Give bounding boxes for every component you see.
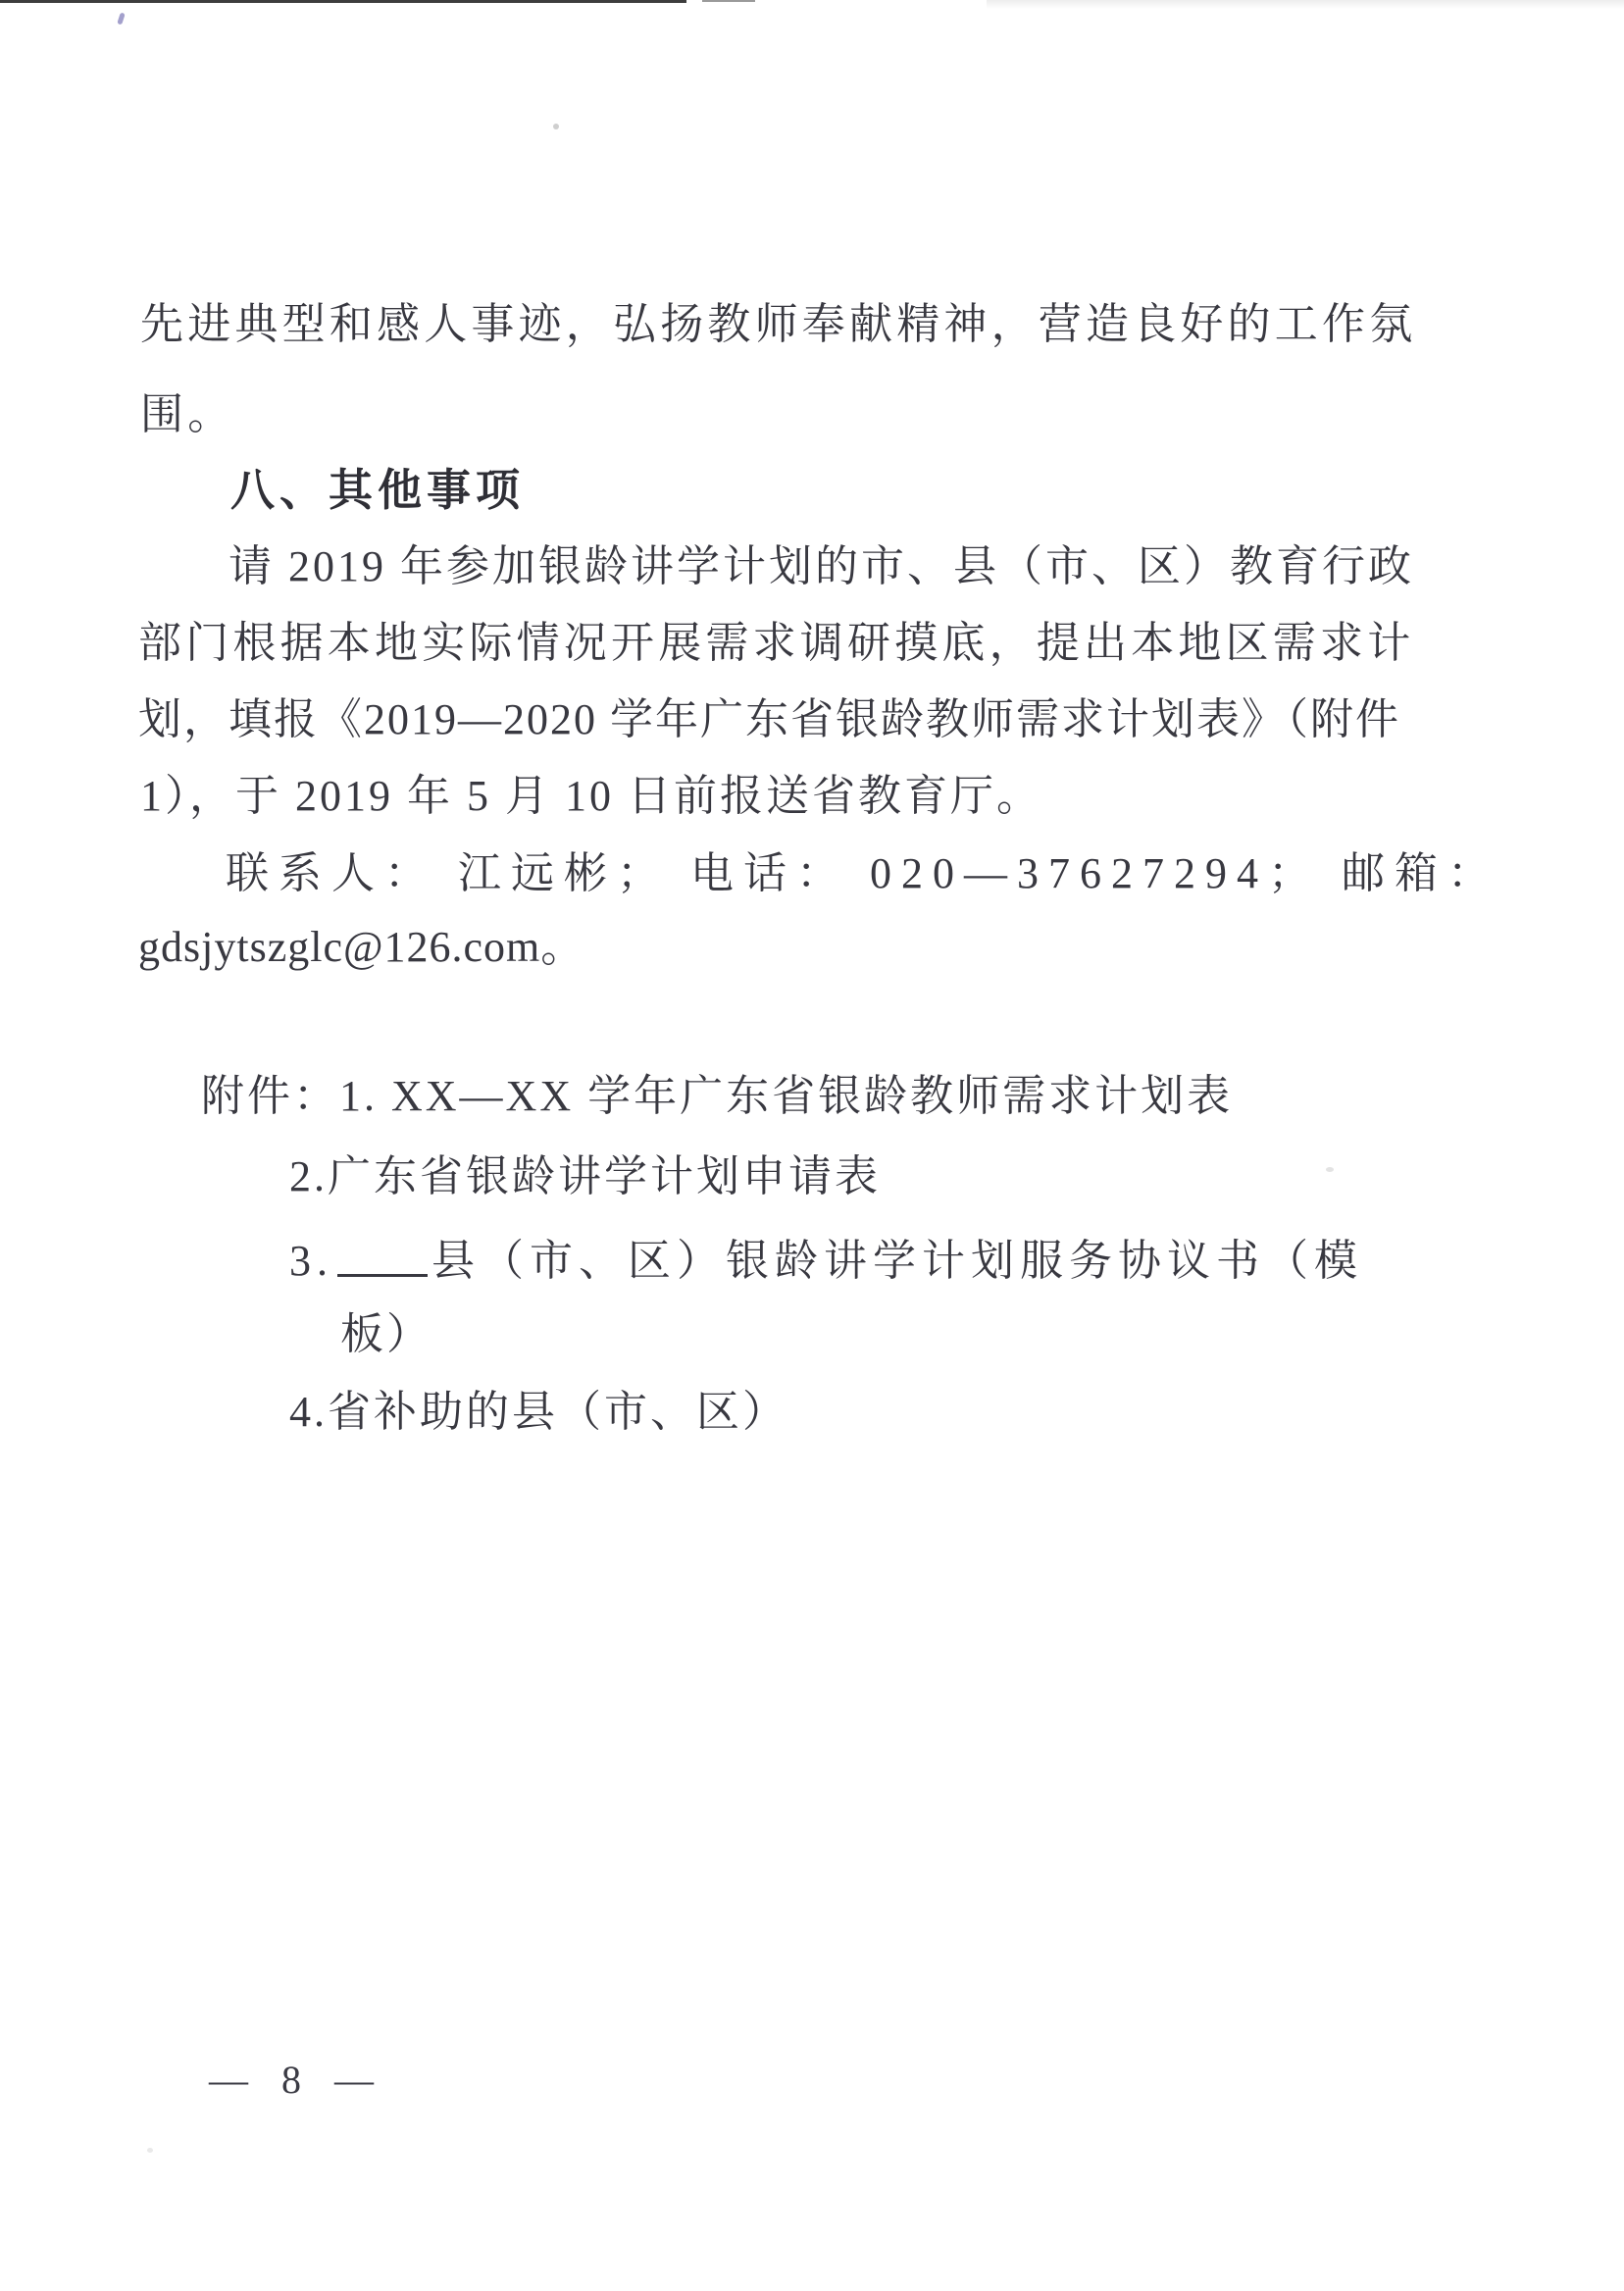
scan-edge-line-short [702, 0, 755, 2]
scan-speck [117, 13, 125, 25]
attachment-item3-text: 县（市、区）银龄讲学计划服务协议书（模 [431, 1237, 1363, 1285]
scan-corner-shade [987, 0, 1624, 9]
scan-speck [553, 124, 559, 129]
attachment-item3-continued: 板） [340, 1310, 432, 1360]
attachments-line1: 附件：1. XX—XX 学年广东省银龄教师需求计划表 [201, 1072, 1233, 1122]
paragraph2-line4: 1），于 2019 年 5 月 10 日前报送省教育厅。 [140, 772, 1042, 822]
attachment-item1: 1. XX—XX 学年广东省银龄教师需求计划表 [339, 1072, 1233, 1120]
contact-email: gdsjytszglc@126.com。 [138, 923, 584, 973]
scan-speck [147, 2148, 153, 2153]
scan-speck [1326, 1167, 1334, 1172]
paragraph2-line3: 划，填报《2019—2020 学年广东省银龄教师需求计划表》（附件 [138, 695, 1400, 745]
paragraph2-line1: 请 2019 年参加银龄讲学计划的市、县（市、区）教育行政 [228, 542, 1414, 592]
attachment-item3: 3.县（市、区）银龄讲学计划服务协议书（模 [289, 1231, 1363, 1287]
paragraph1-line1: 先进典型和感人事迹，弘扬教师奉献精神，营造良好的工作氛 [140, 300, 1416, 350]
contact-line: 联系人： 江远彬； 电话： 020—37627294； 邮箱： [226, 849, 1500, 899]
paragraph1-line2: 围。 [140, 390, 234, 440]
attachment-item3-prefix: 3. [289, 1237, 333, 1285]
attachment-item2: 2.广东省银龄讲学计划申请表 [289, 1152, 881, 1202]
page-number: — 8 — [209, 2058, 376, 2103]
scan-edge-line [0, 0, 686, 3]
paragraph2-line2: 部门根据本地实际情况开展需求调研摸底，提出本地区需求计 [138, 619, 1414, 669]
blank-underline [337, 1231, 428, 1277]
attachment-item4: 4.省补助的县（市、区） [289, 1388, 788, 1438]
section-heading: 八、其他事项 [230, 465, 525, 516]
attachments-label: 附件： [201, 1072, 339, 1120]
document-page: 先进典型和感人事迹，弘扬教师奉献精神，营造良好的工作氛 围。 八、其他事项 请 … [0, 0, 1624, 2291]
